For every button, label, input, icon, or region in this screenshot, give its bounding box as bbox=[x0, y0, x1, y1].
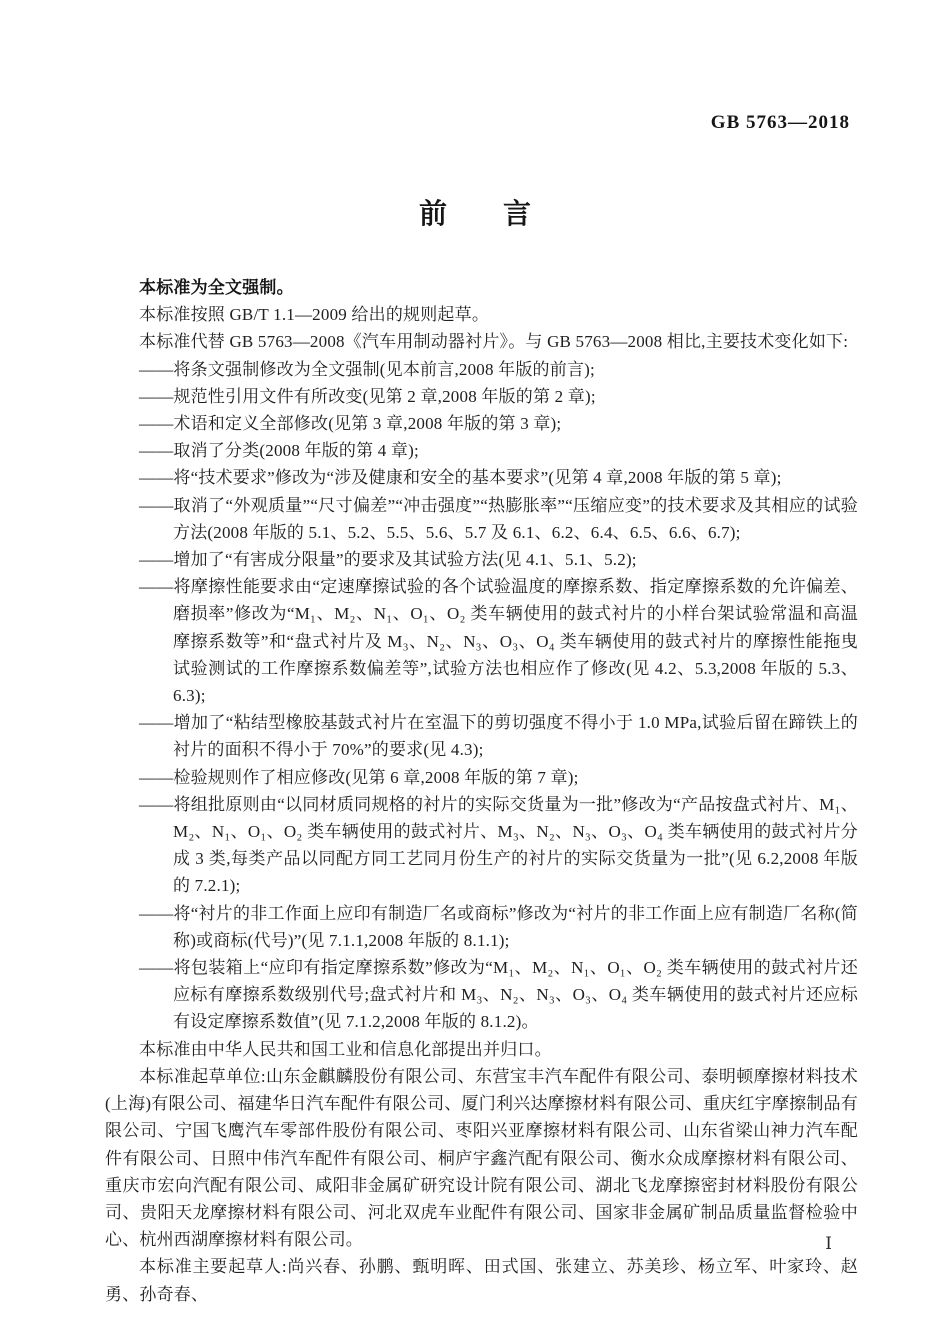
paragraph: 本标准代替 GB 5763—2008《汽车用制动器衬片》。与 GB 5763—2… bbox=[105, 328, 858, 355]
list-item: ——将条文强制修改为全文强制(见本前言,2008 年版的前言); bbox=[105, 356, 858, 383]
paragraph: 本标准按照 GB/T 1.1—2009 给出的规则起草。 bbox=[105, 301, 858, 328]
list-item: ——取消了“外观质量”“尺寸偏差”“冲击强度”“热膨胀率”“压缩应变”的技术要求… bbox=[105, 492, 858, 546]
list-item: ——将“衬片的非工作面上应印有制造厂名或商标”修改为“衬片的非工作面上应有制造厂… bbox=[105, 900, 858, 954]
list-item: ——检验规则作了相应修改(见第 6 章,2008 年版的第 7 章); bbox=[105, 764, 858, 791]
document-body: 本标准为全文强制。本标准按照 GB/T 1.1—2009 给出的规则起草。本标准… bbox=[105, 274, 858, 1308]
list-item: ——规范性引用文件有所改变(见第 2 章,2008 年版的第 2 章); bbox=[105, 383, 858, 410]
page-title: 前 言 bbox=[0, 192, 950, 232]
list-item: ——增加了“粘结型橡胶基鼓式衬片在室温下的剪切强度不得小于 1.0 MPa,试验… bbox=[105, 709, 858, 763]
list-item: ——将摩擦性能要求由“定速摩擦试验的各个试验温度的摩擦系数、指定摩擦系数的允许偏… bbox=[105, 573, 858, 709]
list-item: ——将包装箱上“应印有指定摩擦系数”修改为“M₁、M₂、N₁、O₁、O₂ 类车辆… bbox=[105, 954, 858, 1036]
page-number: Ⅰ bbox=[825, 1234, 832, 1254]
paragraph: 本标准由中华人民共和国工业和信息化部提出并归口。 bbox=[105, 1036, 858, 1063]
list-item: ——术语和定义全部修改(见第 3 章,2008 年版的第 3 章); bbox=[105, 410, 858, 437]
paragraph: 本标准为全文强制。 bbox=[105, 274, 858, 301]
list-item: ——将“技术要求”修改为“涉及健康和安全的基本要求”(见第 4 章,2008 年… bbox=[105, 464, 858, 491]
list-item: ——取消了分类(2008 年版的第 4 章); bbox=[105, 437, 858, 464]
standard-code: GB 5763—2018 bbox=[711, 112, 850, 134]
document-page: { "header": { "standard_code": "GB 5763—… bbox=[0, 0, 950, 1344]
list-item: ——增加了“有害成分限量”的要求及其试验方法(见 4.1、5.1、5.2); bbox=[105, 546, 858, 573]
paragraph: 本标准起草单位:山东金麒麟股份有限公司、东营宝丰汽车配件有限公司、泰明顿摩擦材料… bbox=[105, 1063, 858, 1253]
paragraph: 本标准主要起草人:尚兴春、孙鹏、甄明晖、田式国、张建立、苏美珍、杨立军、叶家玲、… bbox=[105, 1253, 858, 1307]
list-item: ——将组批原则由“以同材质同规格的衬片的实际交货量为一批”修改为“产品按盘式衬片… bbox=[105, 791, 858, 900]
